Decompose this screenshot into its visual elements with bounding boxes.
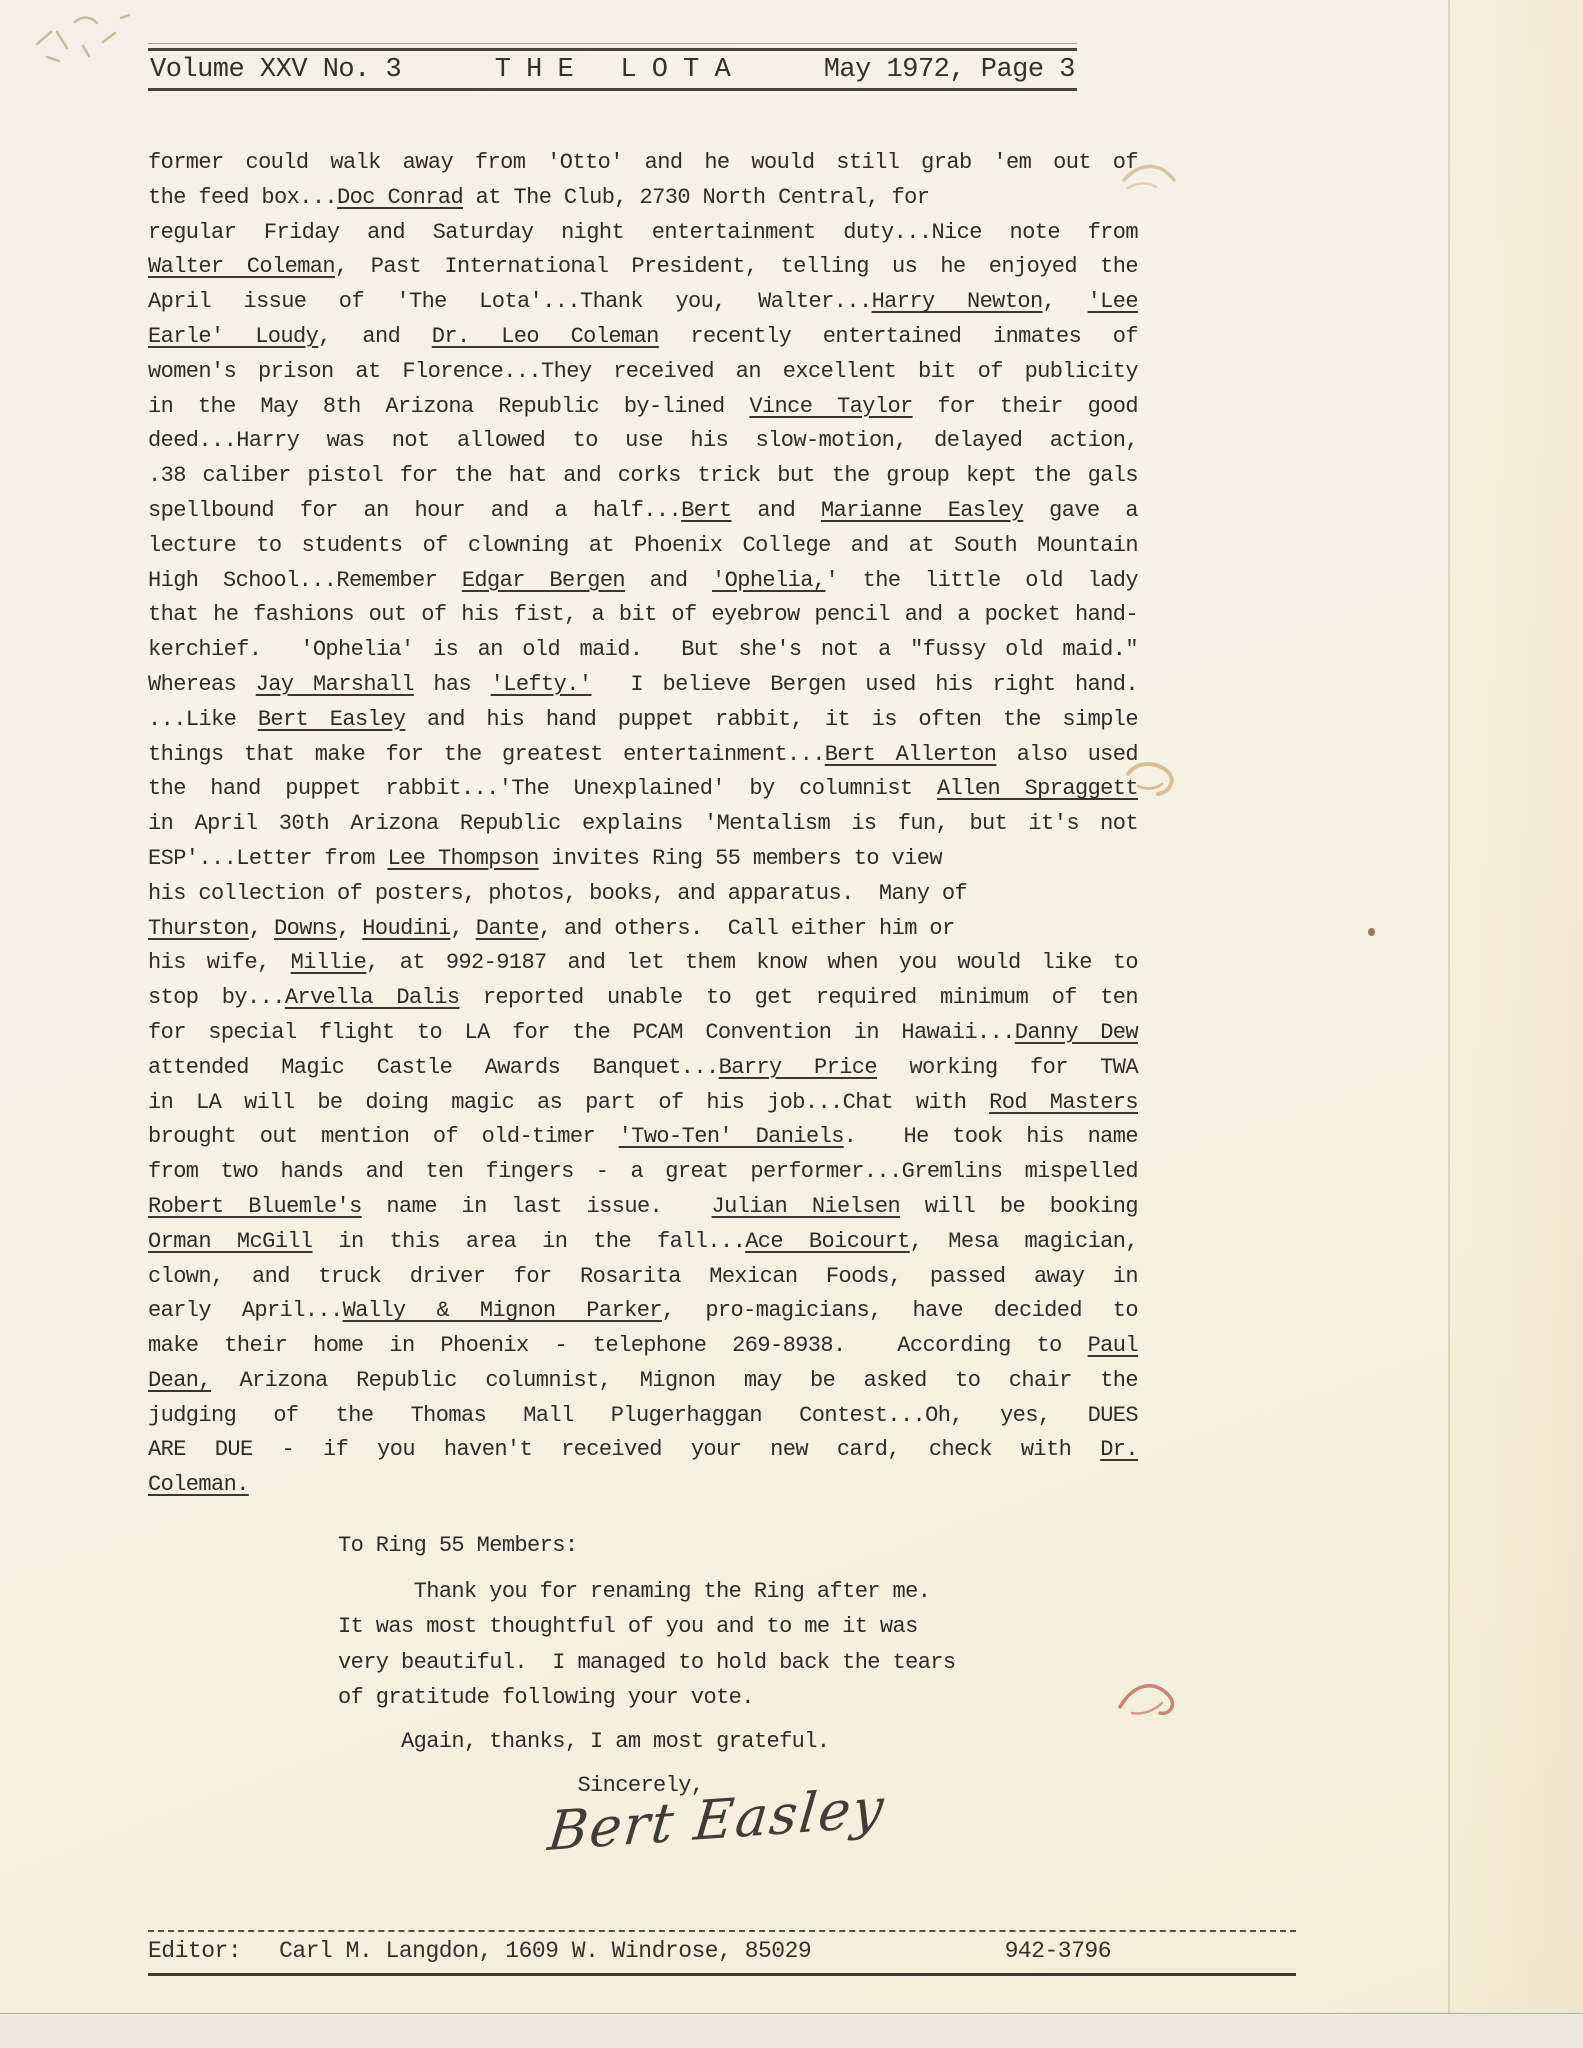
text-line: spellbound for an hour and a half...Bert… [148,494,1138,529]
text-line: Thank you for renaming the Ring after me… [338,1574,1038,1610]
red-scribble-mark [1114,1665,1182,1727]
text-line: attended Magic Castle Awards Banquet...B… [148,1051,1138,1086]
text-line: Coleman. [148,1468,1138,1503]
text-line: brought out mention of old-timer 'Two-Te… [148,1120,1138,1155]
body-text: former could walk away from 'Otto' and h… [148,146,1138,1503]
text-line: Earle' Loudy, and Dr. Leo Coleman recent… [148,320,1138,355]
editor-address: Carl M. Langdon, 1609 W. Windrose, 85029 [279,1938,811,1964]
pencil-scribble-mark [25,2,155,72]
text-line: his collection of posters, photos, books… [148,877,1138,912]
text-line: women's prison at Florence...They receiv… [148,355,1138,390]
text-line: the hand puppet rabbit...'The Unexplaine… [148,772,1138,807]
text-line: ...Like Bert Easley and his hand puppet … [148,703,1138,738]
text-line: .38 caliber pistol for the hat and corks… [148,459,1138,494]
ink-dot [1368,928,1375,936]
text-line: Dean, Arizona Republic columnist, Mignon… [148,1364,1138,1399]
text-line: Thurston, Downs, Houdini, Dante, and oth… [148,912,1138,947]
text-line: Orman McGill in this area in the fall...… [148,1225,1138,1260]
text-line: in April 30th Arizona Republic explains … [148,807,1138,842]
text-line: things that make for the greatest entert… [148,738,1138,773]
paper-right-edge [1450,0,1583,2048]
header-volume: Volume XXV No. 3 [150,55,401,85]
text-line: of gratitude following your vote. [338,1680,1038,1716]
text-line: very beautiful. I managed to hold back t… [338,1645,1038,1681]
text-line: his wife, Millie, at 992-9187 and let th… [148,946,1138,981]
text-line: ARE DUE - if you haven't received your n… [148,1433,1138,1468]
text-line: make their home in Phoenix - telephone 2… [148,1329,1138,1364]
text-line: lecture to students of clowning at Phoen… [148,529,1138,564]
text-line: from two hands and ten fingers - a great… [148,1155,1138,1190]
text-line: early April...Wally & Mignon Parker, pro… [148,1294,1138,1329]
text-line: regular Friday and Saturday night entert… [148,216,1138,251]
text-line: kerchief. 'Ophelia' is an old maid. But … [148,633,1138,668]
text-line: Walter Coleman, Past International Presi… [148,250,1138,285]
page-header: Volume XXV No. 3 T H E L O T A May 1972,… [148,48,1077,91]
text-line: deed...Harry was not allowed to use his … [148,424,1138,459]
text-line: former could walk away from 'Otto' and h… [148,146,1138,181]
text-line: in LA will be doing magic as part of his… [148,1086,1138,1121]
text-line: that he fashions out of his fist, a bit … [148,598,1138,633]
text-line: the feed box...Doc Conrad at The Club, 2… [148,181,1138,216]
text-line: Whereas Jay Marshall has 'Lefty.' I beli… [148,668,1138,703]
text-line: To Ring 55 Members: [338,1528,1038,1564]
text-line: High School...Remember Edgar Bergen and … [148,564,1138,599]
page-footer: Editor: Carl M. Langdon, 1609 W. Windros… [148,1930,1296,1976]
newsletter-page: Volume XXV No. 3 T H E L O T A May 1972,… [0,0,1583,2048]
scan-bottom-edge [0,2013,1583,2048]
editor-phone: 942-3796 [1005,1938,1111,1964]
text-line: ESP'...Letter from Lee Thompson invites … [148,842,1138,877]
text-line: stop by...Arvella Dalis reported unable … [148,981,1138,1016]
letter-to-ring-55: To Ring 55 Members: Thank you for renami… [338,1528,1038,1804]
text-line: judging of the Thomas Mall Plugerhaggan … [148,1399,1138,1434]
text-line: in the May 8th Arizona Republic by-lined… [148,390,1138,425]
text-line: for special flight to LA for the PCAM Co… [148,1016,1138,1051]
text-line: It was most thoughtful of you and to me … [338,1609,1038,1645]
text-line: Again, thanks, I am most grateful. [338,1724,1038,1760]
text-line: clown, and truck driver for Rosarita Mex… [148,1260,1138,1295]
text-line: Robert Bluemle's name in last issue. Jul… [148,1190,1138,1225]
editor-label: Editor: [148,1938,241,1964]
text-line: April issue of 'The Lota'...Thank you, W… [148,285,1138,320]
header-title: T H E L O T A [495,55,731,85]
header-date-page: May 1972, Page 3 [824,55,1075,85]
